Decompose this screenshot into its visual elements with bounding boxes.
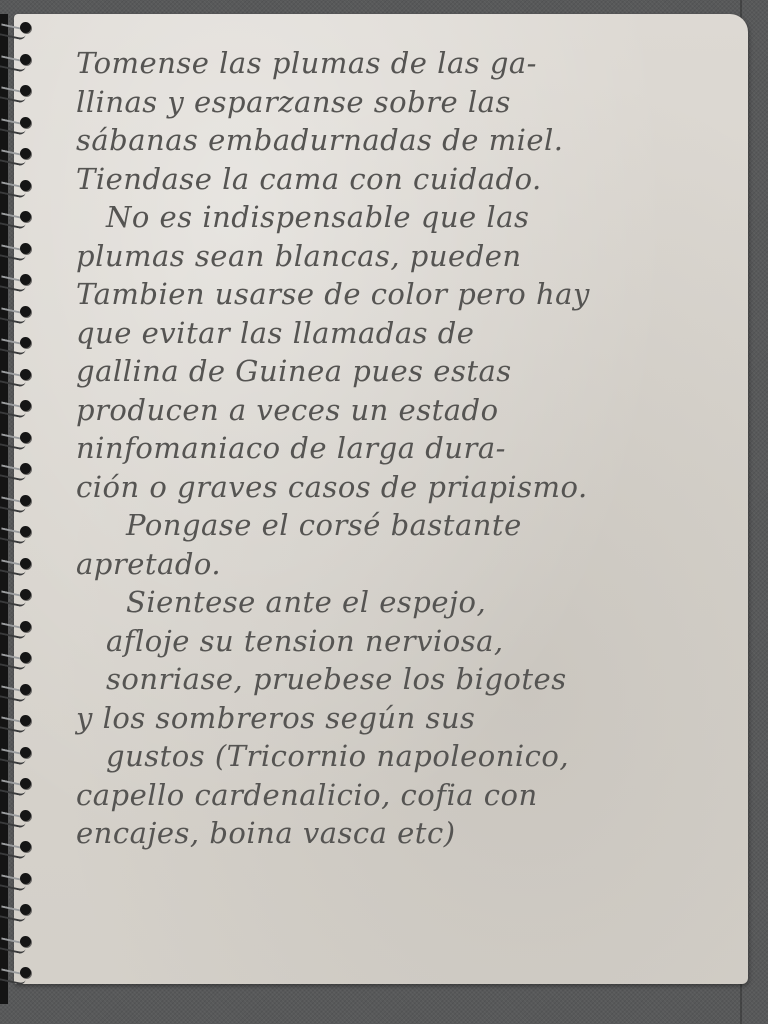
spiral-ring-icon [0,839,34,861]
text-line-11: ninfomaniaco de larga dura- [76,429,748,468]
punch-hole [20,778,31,789]
handwritten-text: Tomense las plumas de las ga- llinas y e… [76,44,748,853]
punch-hole [20,180,31,191]
punch-hole [20,463,31,474]
spiral-ring-icon [0,745,34,767]
spiral-ring-icon [0,20,34,42]
text-line-4: Tiendase la cama con cuidado. [76,160,748,199]
punch-hole [20,211,31,222]
spiral-ring-icon [0,682,34,704]
spiral-ring-icon [0,902,34,924]
punch-hole [20,274,31,285]
punch-hole [20,589,31,600]
spiral-ring-icon [0,650,34,672]
text-line-15: Sientese ante el espejo, [76,583,748,622]
text-line-16: afloje su tension nerviosa, [76,622,748,661]
text-line-20: capello cardenalicio, cofia con [76,776,748,815]
text-line-7: Tambien usarse de color pero hay [76,275,748,314]
spiral-ring-icon [0,524,34,546]
punch-hole [20,243,31,254]
punch-hole [20,558,31,569]
spiral-ring-icon [0,52,34,74]
spiral-ring-icon [0,241,34,263]
spiral-binding [0,20,40,1010]
punch-hole [20,337,31,348]
punch-hole [20,810,31,821]
punch-hole [20,841,31,852]
text-line-18: y los sombreros según sus [76,699,748,738]
spiral-ring-icon [0,461,34,483]
spiral-ring-icon [0,808,34,830]
spiral-ring-icon [0,587,34,609]
text-line-9: gallina de Guinea pues estas [76,352,748,391]
spiral-ring-icon [0,83,34,105]
spiral-ring-icon [0,178,34,200]
spiral-ring-icon [0,556,34,578]
punch-hole [20,22,31,33]
spiral-ring-icon [0,335,34,357]
text-line-5: No es indispensable que las [76,198,748,237]
punch-hole [20,936,31,947]
punch-hole [20,495,31,506]
text-line-10: producen a veces un estado [76,391,748,430]
spiral-ring-icon [0,430,34,452]
spiral-ring-icon [0,965,34,987]
spiral-ring-icon [0,871,34,893]
punch-hole [20,747,31,758]
punch-hole [20,54,31,65]
text-line-21: encajes, boina vasca etc) [76,814,748,853]
punch-hole [20,432,31,443]
text-line-8: que evitar las llamadas de [76,314,748,353]
punch-hole [20,684,31,695]
spiral-ring-icon [0,713,34,735]
spiral-ring-icon [0,304,34,326]
punch-hole [20,904,31,915]
spiral-ring-icon [0,619,34,641]
punch-hole [20,148,31,159]
spiral-ring-icon [0,115,34,137]
punch-hole [20,306,31,317]
punch-hole [20,526,31,537]
punch-hole [20,400,31,411]
text-line-6: plumas sean blancas, pueden [76,237,748,276]
punch-hole [20,85,31,96]
spiral-ring-icon [0,367,34,389]
punch-hole [20,117,31,128]
punch-hole [20,369,31,380]
text-line-12: ción o graves casos de priapismo. [76,468,748,507]
spiral-ring-icon [0,398,34,420]
spiral-ring-icon [0,493,34,515]
notebook-page: Tomense las plumas de las ga- llinas y e… [14,14,748,984]
spiral-ring-icon [0,209,34,231]
text-line-1: Tomense las plumas de las ga- [76,44,748,83]
text-line-13: Pongase el corsé bastante [76,506,748,545]
text-line-14: apretado. [76,545,748,584]
spiral-ring-icon [0,272,34,294]
punch-hole [20,967,31,978]
punch-hole [20,652,31,663]
punch-hole [20,873,31,884]
spiral-ring-icon [0,776,34,798]
text-line-19: gustos (Tricornio napoleonico, [76,737,748,776]
punch-hole [20,621,31,632]
spiral-ring-icon [0,146,34,168]
spiral-ring-icon [0,934,34,956]
punch-hole [20,715,31,726]
text-line-3: sábanas embadurnadas de miel. [76,121,748,160]
text-line-17: sonriase, pruebese los bigotes [76,660,748,699]
text-line-2: llinas y esparzanse sobre las [76,83,748,122]
